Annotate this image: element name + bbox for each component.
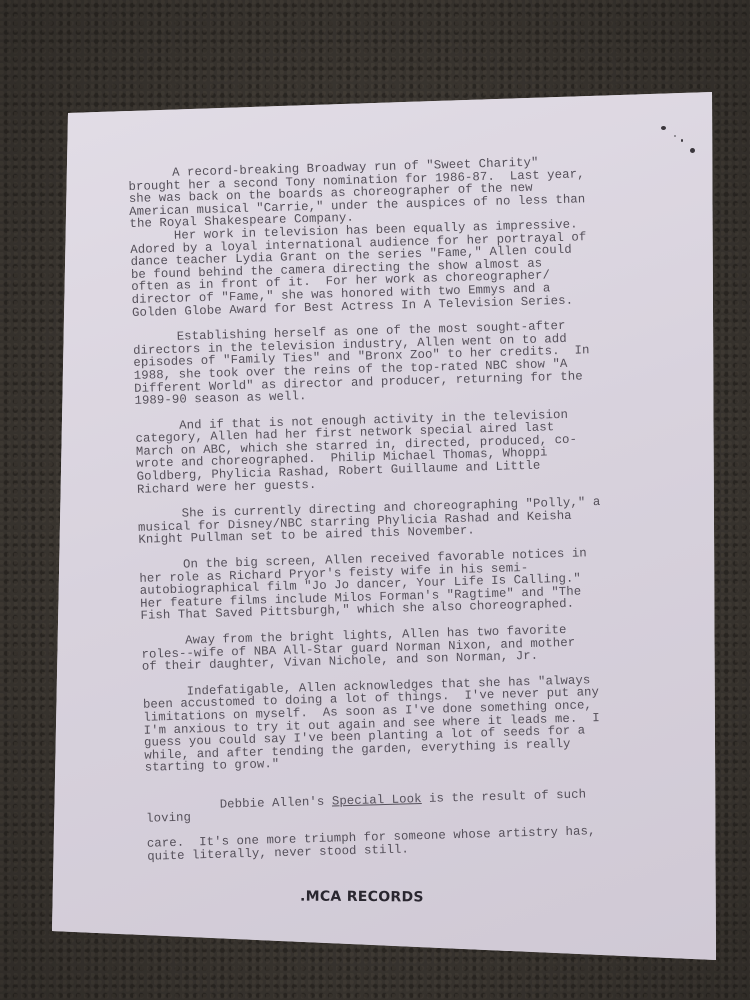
document-body: A record-breaking Broadway run of "Sweet… [128, 155, 628, 902]
paragraph: Establishing herself as one of the most … [133, 319, 615, 408]
closing-paragraph: Debbie Allen's Special Look is the resul… [145, 774, 628, 888]
album-title: Special Look [332, 792, 422, 809]
hole-mark [690, 148, 695, 153]
paragraph: And if that is not enough activity in th… [135, 407, 617, 496]
hole-mark [661, 126, 666, 130]
paragraph: On the big screen, Allen received favora… [139, 546, 621, 622]
paragraph: She is currently directing and choreogra… [138, 496, 619, 547]
paragraph: Her work in television has been equally … [130, 218, 612, 320]
paragraph: Indefatigable, Allen acknowledges that s… [142, 673, 624, 775]
closing-text-start: Debbie Allen's [220, 794, 333, 811]
hole-mark [681, 139, 683, 142]
hole-mark [674, 135, 676, 137]
mca-records-logo: .MCA RECORDS [300, 889, 424, 906]
paragraph: Away from the bright lights, Allen has t… [141, 622, 622, 673]
